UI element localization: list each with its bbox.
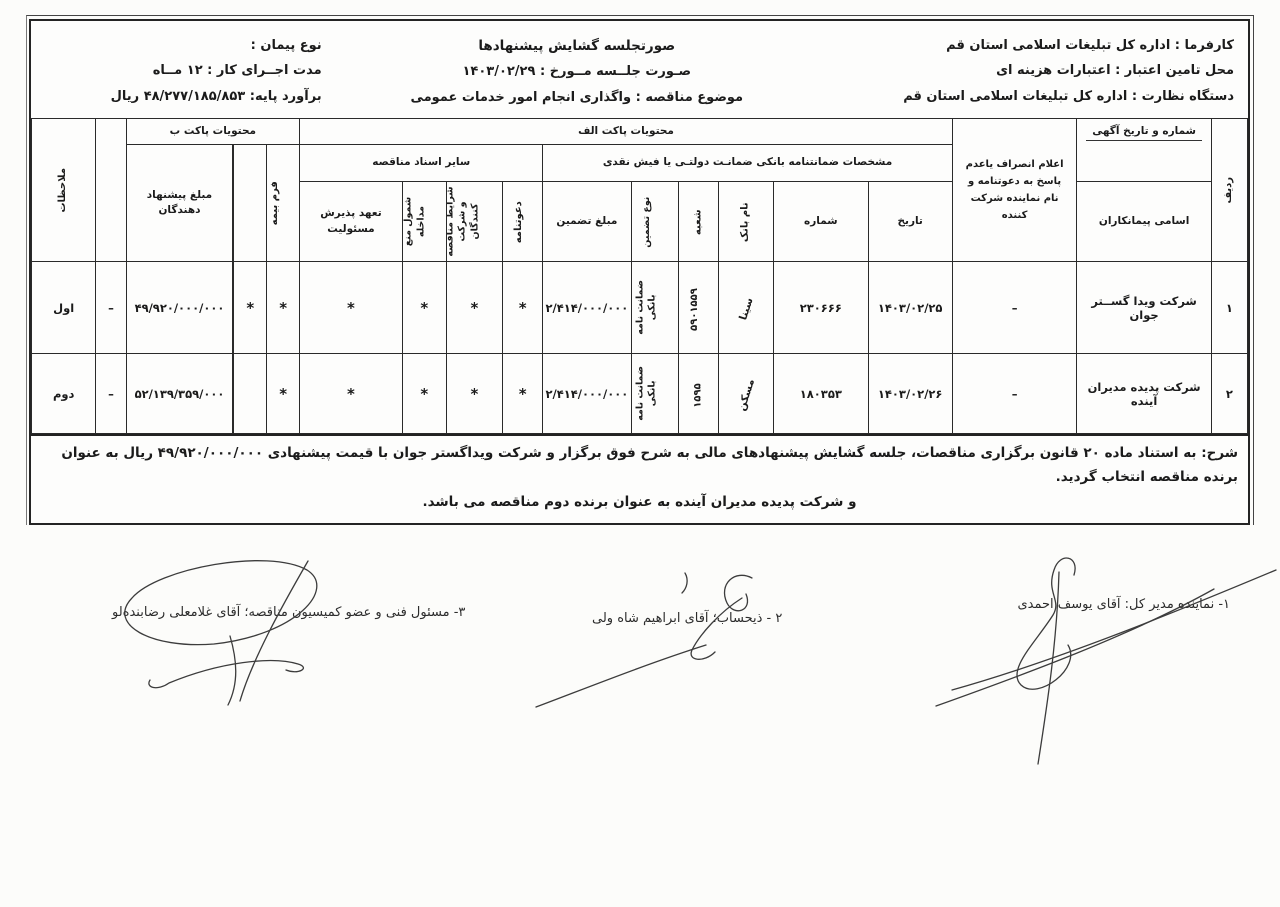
description-line-2: و شرکت پدیده مدیران آینده به عنوان برنده… — [41, 490, 1238, 514]
scanned-tender-minutes-document: { "header": { "right": [ "کارفرما : ادار… — [0, 0, 1280, 907]
header-left-block: نوع پیمان : مدت اجــرای کار : ۱۲ مــاه ب… — [39, 33, 362, 110]
cell-guarantee-amount: ۲/۴۱۴/۰۰۰/۰۰۰ — [543, 262, 631, 354]
cell-insurance-mark: * — [267, 262, 300, 354]
col-header-withdrawal: اعلام انصراف یاعدم پاسخ به دعوتنامه و نا… — [952, 119, 1077, 262]
col-header-discount: درصد تخفیف یا اضافه پایه — [96, 119, 126, 262]
cell-responsibility-mark: * — [300, 354, 402, 434]
col-header-guarantee-amount: مبلغ تضمین — [543, 182, 631, 262]
signature-2-scrawl — [536, 573, 752, 707]
col-header-bid-amount: مبلغ پیشنهاد دهندگان — [126, 145, 233, 262]
description-line-1: شرح: به استناد ماده ۲۰ قانون برگزاری منا… — [41, 441, 1238, 490]
col-header-date: تاریخ — [868, 182, 952, 262]
cell-discount: – — [96, 262, 126, 354]
contract-type-line: نوع پیمان : — [39, 33, 322, 58]
document-title: صورتجلسه گشایش پیشنهادها — [362, 33, 792, 59]
group-header-other-docs: سایر اسناد مناقصه — [300, 145, 543, 182]
cell-bid-amount: ۴۹/۹۲۰/۰۰۰/۰۰۰ — [126, 262, 233, 354]
col-header-branch: شعبه — [678, 182, 718, 262]
header-center-block: صورتجلسه گشایش پیشنهادها صـورت جلــسه مـ… — [362, 33, 792, 110]
signature-3-label: ۳- مسئول فنی و عضو کمیسیون مناقصه؛ آقای … — [112, 605, 465, 620]
group-header-packet-a: محتویات پاکت الف — [300, 119, 953, 145]
table-row: ۱ شرکت ویدا گســتر جوان – ۱۴۰۳/۰۲/۲۵ ۲۳۰… — [32, 262, 1248, 354]
result-description-box: شرح: به استناد ماده ۲۰ قانون برگزاری منا… — [31, 434, 1248, 523]
col-header-bank: نام بانک — [718, 182, 773, 262]
col-header-responsibility: تعهد پذیرش مسئولیت — [300, 182, 402, 262]
signature-1-scrawl — [936, 558, 1276, 764]
tender-form: کارفرما : اداره کل تبلیغات اسلامی استان … — [29, 19, 1250, 525]
form-header: کارفرما : اداره کل تبلیغات اسلامی استان … — [31, 21, 1248, 118]
cell-conditions-mark: * — [446, 354, 502, 434]
tender-subject-line: موضوع مناقصه : واگذاری انجام امور خدمات … — [362, 85, 792, 110]
cell-number: ۱۸۰۳۵۳ — [774, 354, 868, 434]
signature-1-label: ۱- نماینده مدیر کل: آقای یوسف احمدی — [1017, 597, 1230, 612]
col-header-self-report-form: فرم خود اظهاری — [233, 145, 266, 262]
group-header-packet-b: محتویات پاکت ب — [126, 119, 300, 145]
cell-guarantee-type: ضمانت نامه بانکی — [631, 262, 678, 354]
cell-bank: مسکن — [718, 354, 773, 434]
cell-guarantee-amount: ۲/۴۱۴/۰۰۰/۰۰۰ — [543, 354, 631, 434]
bids-table: ردیف شماره و تاریخ آگهی اعلام انصراف یاع… — [31, 118, 1248, 434]
cell-bid-amount: ۵۲/۱۳۹/۳۵۹/۰۰۰ — [126, 354, 233, 434]
cell-date: ۱۴۰۳/۰۲/۲۶ — [868, 354, 952, 434]
document-frame: کارفرما : اداره کل تبلیغات اسلامی استان … — [26, 15, 1254, 525]
cell-date: ۱۴۰۳/۰۲/۲۵ — [868, 262, 952, 354]
col-header-contractors: اسامی پیمانکاران — [1077, 182, 1212, 262]
employer-line: کارفرما : اداره کل تبلیغات اسلامی استان … — [792, 33, 1234, 58]
col-header-insurance-form: فرم بیمه — [267, 145, 300, 262]
cell-self-report-mark: * — [233, 262, 266, 354]
cell-invitation-mark: * — [503, 354, 543, 434]
cell-branch: ۵۹۰۱۵۵۹ — [678, 262, 718, 354]
cell-responsibility-mark: * — [300, 262, 402, 354]
cell-discount: – — [96, 354, 126, 434]
col-header-number: شماره — [774, 182, 868, 262]
col-header-conditions: شرایط مناقصه و شرکت کنندگان — [446, 182, 502, 262]
cell-contractor: شرکت پدیده مدیران آینده — [1077, 354, 1212, 434]
col-header-non-inclusion: تعهد عدم شمول منع مداخله — [402, 182, 446, 262]
col-header-radif: ردیف — [1211, 119, 1247, 262]
session-date-line: صـورت جلــسه مــورخ : ۱۴۰۳/۰۲/۲۹ — [362, 59, 792, 84]
cell-bank: سینا — [718, 262, 773, 354]
cell-radif: ۱ — [1211, 262, 1247, 354]
cell-non-inclusion-mark: * — [402, 262, 446, 354]
base-estimate-line: برآورد پایه: ۴۸/۲۷۷/۱۸۵/۸۵۳ ریال — [39, 84, 322, 109]
header-right-block: کارفرما : اداره کل تبلیغات اسلامی استان … — [792, 33, 1234, 110]
col-header-ad-number-date: شماره و تاریخ آگهی — [1077, 119, 1212, 182]
col-header-remarks: ملاحظات — [32, 119, 96, 262]
cell-conditions-mark: * — [446, 262, 502, 354]
execution-duration-line: مدت اجــرای کار : ۱۲ مــاه — [39, 58, 322, 83]
group-header-guarantee-specs: مشخصات ضمانتنامه بانکی ضمانـت دولتـی یا … — [543, 145, 953, 182]
cell-radif: ۲ — [1211, 354, 1247, 434]
cell-number: ۲۳۰۶۶۶ — [774, 262, 868, 354]
cell-non-inclusion-mark: * — [402, 354, 446, 434]
funding-source-line: محل تامین اعتبار : اعتبارات هزینه ای — [792, 58, 1234, 83]
table-row: ۲ شرکت پدیده مدیران آینده – ۱۴۰۳/۰۲/۲۶ ۱… — [32, 354, 1248, 434]
col-header-invitation: دعوتنامه — [503, 182, 543, 262]
cell-invitation-mark: * — [503, 262, 543, 354]
cell-withdrawal: – — [952, 262, 1077, 354]
cell-branch: ۱۵۹۵ — [678, 354, 718, 434]
col-header-guarantee-type: نوع تضمین — [631, 182, 678, 262]
cell-self-report-mark — [233, 354, 266, 434]
signature-2-label: ۲ - ذیحساب؛ آقای ابراهیم شاه ولی — [592, 611, 782, 626]
supervising-body-line: دستگاه نظارت : اداره کل تبلیغات اسلامی ا… — [792, 84, 1234, 109]
cell-withdrawal: – — [952, 354, 1077, 434]
signature-3-scrawl — [125, 561, 317, 705]
cell-remarks: اول — [32, 262, 96, 354]
cell-remarks: دوم — [32, 354, 96, 434]
cell-contractor: شرکت ویدا گســتر جوان — [1077, 262, 1212, 354]
cell-insurance-mark: * — [267, 354, 300, 434]
cell-guarantee-type: ضمانت نامه بانکی — [631, 354, 678, 434]
